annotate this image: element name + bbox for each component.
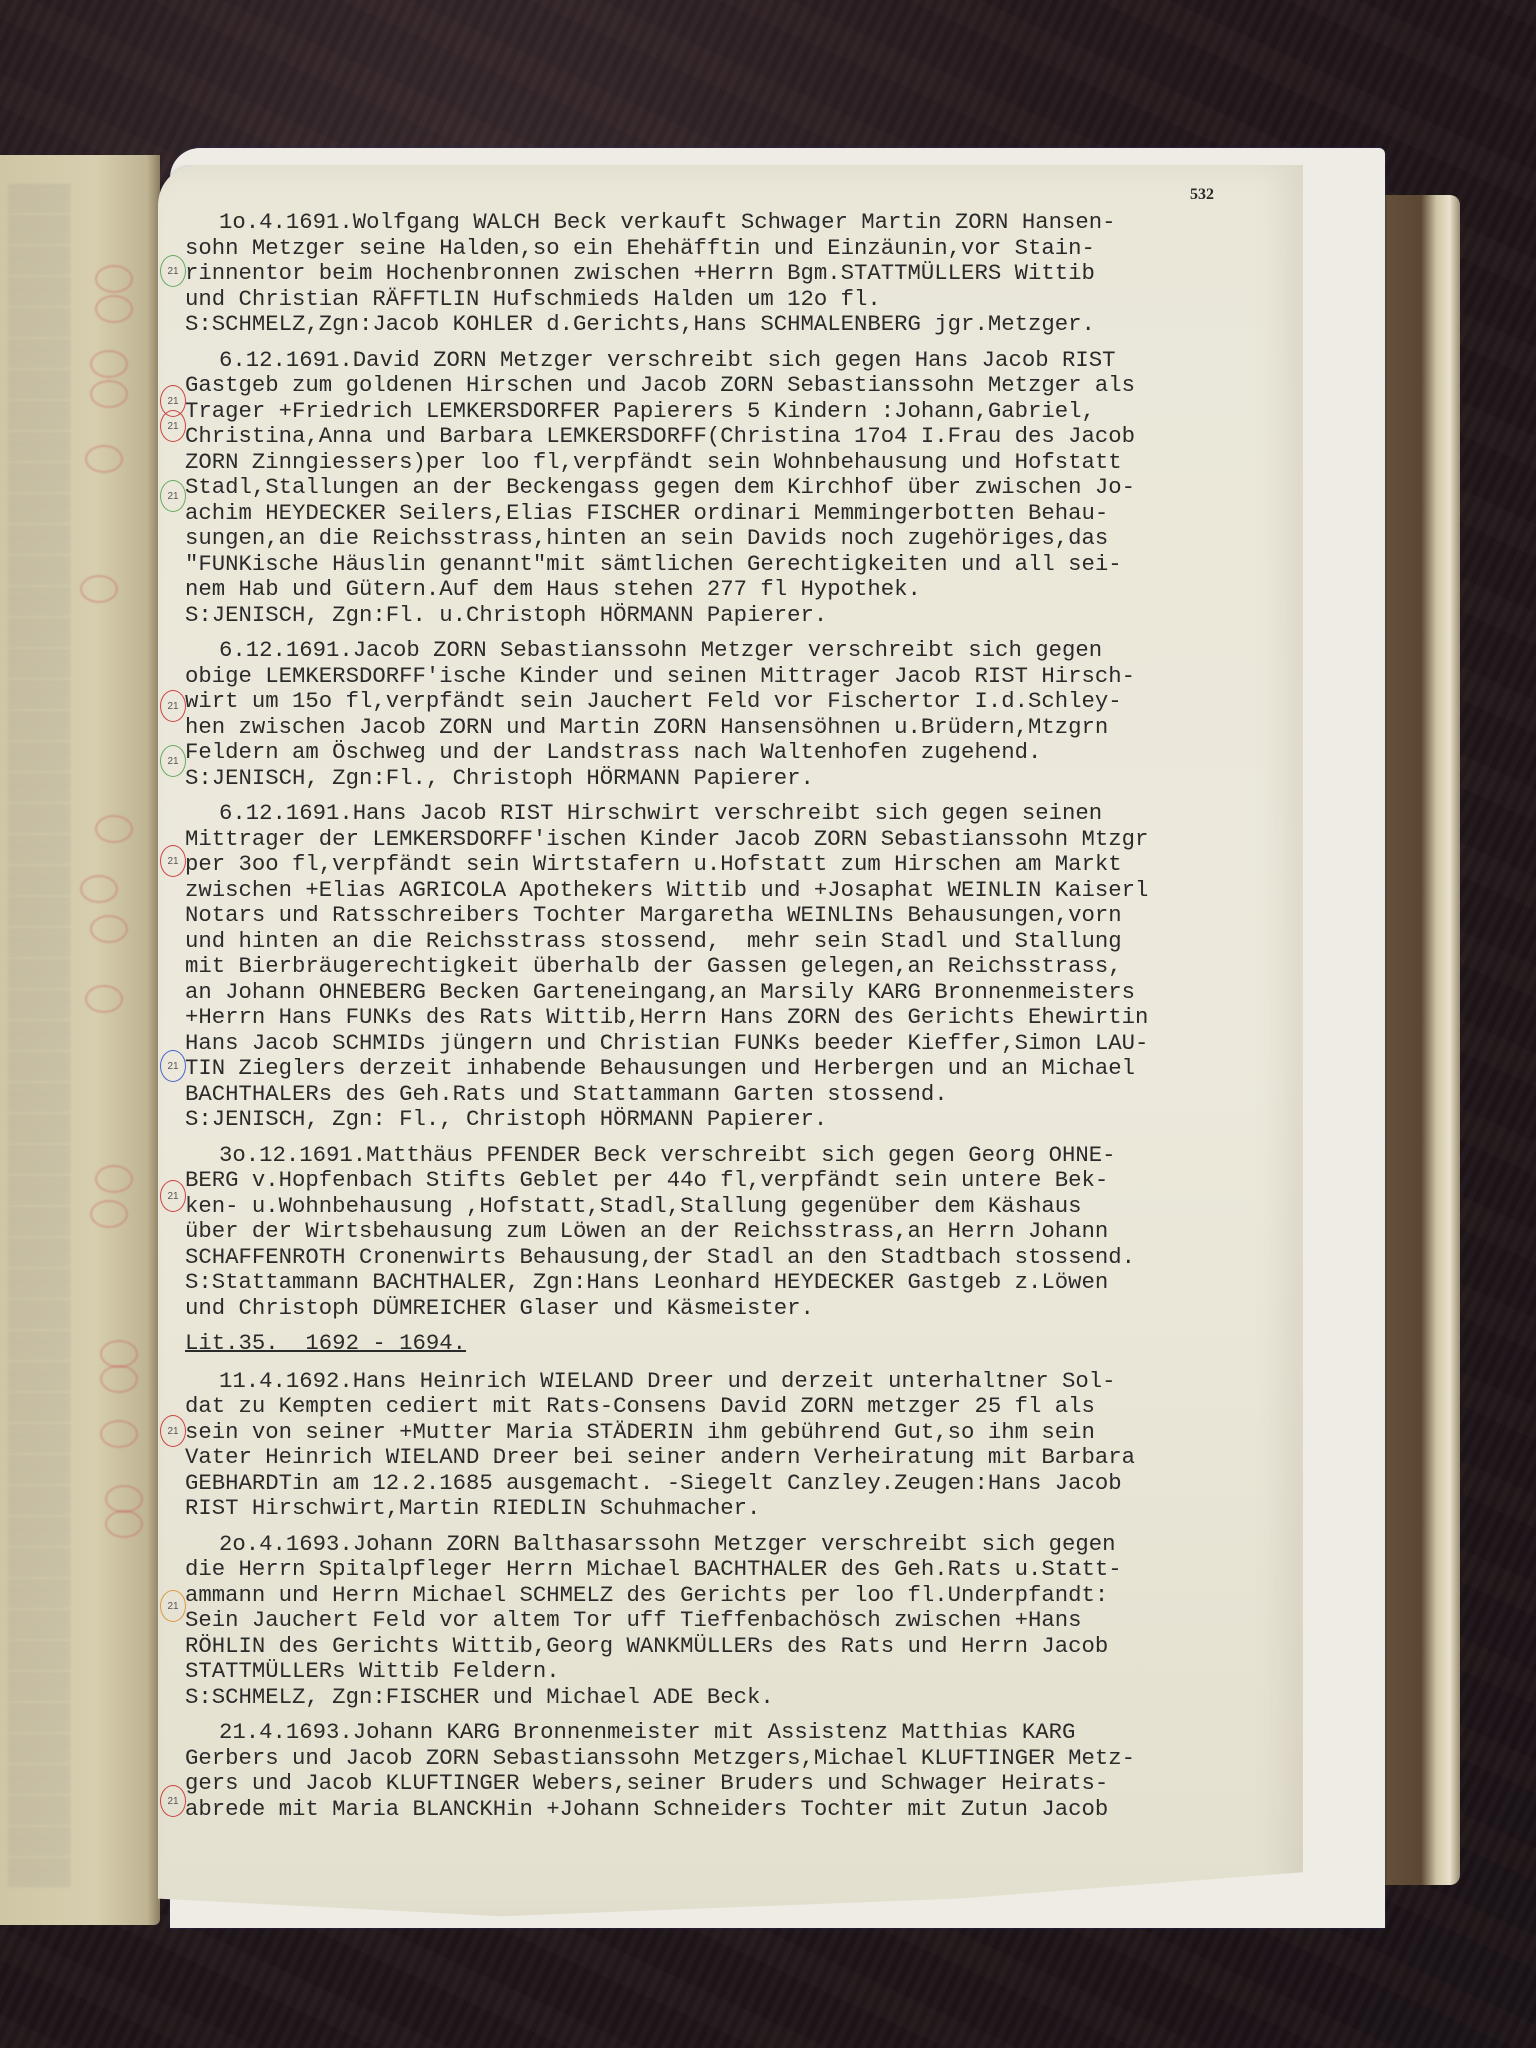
facing-page-ghost-text: ▒▒▒▒ (8, 526, 70, 554)
facing-page-ghost-text: ▒▒▒▒ (8, 1797, 70, 1825)
entry-line: Notars und Ratsschreibers Tochter Margar… (185, 903, 1305, 929)
entry-line: S:JENISCH, Zgn:Fl., Christoph HÖRMANN Pa… (185, 766, 1305, 792)
entry-line: Feldern am Öschweg und der Landstrass na… (185, 740, 1305, 766)
facing-page-ghost-text: ▒▒▒▒ (8, 805, 70, 833)
deed-entry: 21.4.1693.Johann KARG Bronnenmeister mit… (185, 1720, 1305, 1822)
facing-left-page: ▒▒▒▒▒▒▒▒▒▒▒▒▒▒▒▒▒▒▒▒▒▒▒▒▒▒▒▒▒▒▒▒▒▒▒▒▒▒▒▒… (0, 155, 160, 1925)
entry-line: Christina,Anna und Barbara LEMKERSDORFF(… (185, 424, 1305, 450)
margin-circle-mark: 21 (160, 1180, 186, 1212)
margin-circle-mark: 21 (160, 845, 186, 877)
entry-line: und Christian RÄFFTLIN Hufschmieds Halde… (185, 287, 1305, 313)
entry-line: 1o.4.1691.Wolfgang WALCH Beck verkauft S… (185, 210, 1305, 236)
facing-page-margin-circle (105, 1510, 143, 1538)
section-heading: Lit.35. 1692 - 1694. (185, 1331, 1305, 1357)
entry-line: RÖHLIN des Gerichts Wittib,Georg WANKMÜL… (185, 1634, 1305, 1660)
facing-page-ghost-text: ▒▒▒▒ (8, 867, 70, 895)
entry-line: ZORN Zinngiessers)per loo fl,verpfändt s… (185, 450, 1305, 476)
entry-line: und Christoph DÜMREICHER Glaser und Käsm… (185, 1296, 1305, 1322)
facing-page-ghost-text: ▒▒▒▒ (8, 1766, 70, 1794)
facing-page-ghost-text: ▒▒▒▒ (8, 991, 70, 1019)
facing-page-margin-circle (100, 1340, 138, 1368)
facing-page-ghost-text: ▒▒▒▒ (8, 1332, 70, 1360)
entry-line: per 3oo fl,verpfändt sein Wirtstafern u.… (185, 852, 1305, 878)
facing-page-ghost-text: ▒▒▒▒ (8, 1239, 70, 1267)
margin-circle-mark: 21 (160, 1590, 186, 1622)
deed-entry: 1o.4.1691.Wolfgang WALCH Beck verkauft S… (185, 210, 1305, 338)
entry-line: +Herrn Hans FUNKs des Rats Wittib,Herrn … (185, 1005, 1305, 1031)
facing-page-margin-circle (95, 295, 133, 323)
typewritten-content: 1o.4.1691.Wolfgang WALCH Beck verkauft S… (185, 210, 1305, 1832)
entry-line: 21.4.1693.Johann KARG Bronnenmeister mit… (185, 1720, 1305, 1746)
deed-entry: 11.4.1692.Hans Heinrich WIELAND Dreer un… (185, 1369, 1305, 1522)
facing-page-ghost-text: ▒▒▒▒ (8, 1549, 70, 1577)
deed-entry: 3o.12.1691.Matthäus PFENDER Beck verschr… (185, 1143, 1305, 1322)
facing-page-margin-circle (90, 350, 128, 378)
entry-line: 11.4.1692.Hans Heinrich WIELAND Dreer un… (185, 1369, 1305, 1395)
facing-page-ghost-text: ▒▒▒▒ (8, 433, 70, 461)
entry-line: wirt um 15o fl,verpfändt sein Jauchert F… (185, 689, 1305, 715)
entry-line: Sein Jauchert Feld vor altem Tor uff Tie… (185, 1608, 1305, 1634)
entry-line: sein von seiner +Mutter Maria STÄDERIN i… (185, 1420, 1305, 1446)
facing-page-ghost-text: ▒▒▒▒ (8, 1828, 70, 1856)
entry-line: zwischen +Elias AGRICOLA Apothekers Witt… (185, 878, 1305, 904)
entry-line: und hinten an die Reichsstrass stossend,… (185, 929, 1305, 955)
deed-entry: 2o.4.1693.Johann ZORN Balthasarssohn Met… (185, 1532, 1305, 1711)
facing-page-ghost-text: ▒▒▒▒ (8, 1208, 70, 1236)
entry-line: die Herrn Spitalpfleger Herrn Michael BA… (185, 1557, 1305, 1583)
margin-circle-mark: 21 (160, 1415, 186, 1447)
entry-line: BERG v.Hopfenbach Stifts Geblet per 44o … (185, 1168, 1305, 1194)
entry-line: 6.12.1691.Jacob ZORN Sebastianssohn Metz… (185, 638, 1305, 664)
entry-line: S:JENISCH, Zgn:Fl. u.Christoph HÖRMANN P… (185, 603, 1305, 629)
facing-page-ghost-text: ▒▒▒▒ (8, 464, 70, 492)
entry-line: Vater Heinrich WIELAND Dreer bei seiner … (185, 1445, 1305, 1471)
entry-line: Stadl,Stallungen an der Beckengass gegen… (185, 475, 1305, 501)
facing-page-ghost-text: ▒▒▒▒ (8, 402, 70, 430)
facing-page-ghost-text: ▒▒▒▒ (8, 1177, 70, 1205)
entry-line: S:SCHMELZ,Zgn:Jacob KOHLER d.Gerichts,Ha… (185, 312, 1305, 338)
entry-line: S:Stattammann BACHTHALER, Zgn:Hans Leonh… (185, 1270, 1305, 1296)
facing-page-ghost-text: ▒▒▒▒ (8, 929, 70, 957)
facing-page-margin-circle (90, 915, 128, 943)
facing-page-ghost-text: ▒▒▒▒ (8, 1611, 70, 1639)
entry-line: BACHTHALERs des Geh.Rats und Stattammann… (185, 1082, 1305, 1108)
facing-page-ghost-text: ▒▒▒▒ (8, 1425, 70, 1453)
facing-page-ghost-text: ▒▒▒▒ (8, 309, 70, 337)
entry-line: hen zwischen Jacob ZORN und Martin ZORN … (185, 715, 1305, 741)
entry-line: obige LEMKERSDORFF'ische Kinder und sein… (185, 664, 1305, 690)
facing-page-margin-circle (95, 815, 133, 843)
entry-line: sohn Metzger seine Halden,so ein Ehehäff… (185, 236, 1305, 262)
facing-page-ghost-text: ▒▒▒▒ (8, 278, 70, 306)
entry-line: STATTMÜLLERs Wittib Feldern. (185, 1659, 1305, 1685)
facing-page-ghost-text: ▒▒▒▒ (8, 1487, 70, 1515)
entry-line: abrede mit Maria BLANCKHin +Johann Schne… (185, 1797, 1305, 1823)
margin-circle-mark: 21 (160, 255, 186, 287)
entry-line: nem Hab und Gütern.Auf dem Haus stehen 2… (185, 577, 1305, 603)
entry-line: Mittrager der LEMKERSDORFF'ischen Kinder… (185, 827, 1305, 853)
facing-page-margin-circle (90, 1200, 128, 1228)
facing-page-margin-circle (95, 265, 133, 293)
facing-page-margin-circle (90, 380, 128, 408)
facing-page-ghost-text: ▒▒▒▒ (8, 495, 70, 523)
entry-line: sungen,an die Reichsstrass,hinten an sei… (185, 526, 1305, 552)
facing-page-ghost-text: ▒▒▒▒ (8, 1394, 70, 1422)
deed-entry: 6.12.1691.Jacob ZORN Sebastianssohn Metz… (185, 638, 1305, 791)
facing-page-ghost-text: ▒▒▒▒ (8, 1642, 70, 1670)
facing-page-ghost-text: ▒▒▒▒ (8, 1270, 70, 1298)
facing-page-ghost-text: ▒▒▒▒ (8, 1704, 70, 1732)
margin-circle-mark: 21 (160, 690, 186, 722)
entry-line: TIN Zieglers derzeit inhabende Behausung… (185, 1056, 1305, 1082)
facing-page-ghost-text: ▒▒▒▒ (8, 836, 70, 864)
facing-page-ghost-text: ▒▒▒▒ (8, 588, 70, 616)
margin-circle-mark: 21 (160, 480, 186, 512)
entry-line: gers und Jacob KLUFTINGER Webers,seiner … (185, 1771, 1305, 1797)
entry-line: dat zu Kempten cediert mit Rats-Consens … (185, 1394, 1305, 1420)
margin-circle-mark: 21 (160, 410, 186, 442)
entry-line: Gastgeb zum goldenen Hirschen und Jacob … (185, 373, 1305, 399)
page-number: 532 (1190, 186, 1214, 204)
margin-circle-mark: 21 (160, 1050, 186, 1082)
entry-line: über der Wirtsbehausung zum Löwen an der… (185, 1219, 1305, 1245)
facing-page-ghost-text: ▒▒▒▒ (8, 1518, 70, 1546)
entry-line: "FUNKische Häuslin genannt"mit sämtliche… (185, 552, 1305, 578)
facing-page-ghost-text: ▒▒▒▒ (8, 1456, 70, 1484)
entries-1691: 1o.4.1691.Wolfgang WALCH Beck verkauft S… (185, 210, 1305, 1321)
entry-line: ammann und Herrn Michael SCHMELZ des Ger… (185, 1583, 1305, 1609)
facing-page-ghost-text: ▒▒▒▒ (8, 681, 70, 709)
deed-entry: 6.12.1691.David ZORN Metzger verschreibt… (185, 348, 1305, 629)
facing-page-ghost-text: ▒▒▒▒ (8, 1084, 70, 1112)
entry-line: Hans Jacob SCHMIDs jüngern und Christian… (185, 1031, 1305, 1057)
deed-entry: 6.12.1691.Hans Jacob RIST Hirschwirt ver… (185, 801, 1305, 1133)
facing-page-ghost-text: ▒▒▒▒ (8, 216, 70, 244)
facing-page-ghost-text: ▒▒▒▒ (8, 774, 70, 802)
entry-line: RIST Hirschwirt,Martin RIEDLIN Schuhmach… (185, 1496, 1305, 1522)
facing-page-margin-circle (100, 1420, 138, 1448)
entry-line: achim HEYDECKER Seilers,Elias FISCHER or… (185, 501, 1305, 527)
facing-page-ghost-text: ▒▒▒▒ (8, 185, 70, 213)
facing-page-ghost-text: ▒▒▒▒ (8, 1301, 70, 1329)
entry-line: 6.12.1691.David ZORN Metzger verschreibt… (185, 348, 1305, 374)
margin-circle-mark: 21 (160, 745, 186, 777)
entry-line: 6.12.1691.Hans Jacob RIST Hirschwirt ver… (185, 801, 1305, 827)
facing-page-ghost-text: ▒▒▒▒ (8, 1146, 70, 1174)
entry-line: 2o.4.1693.Johann ZORN Balthasarssohn Met… (185, 1532, 1305, 1558)
facing-page-ghost-text: ▒▒▒▒ (8, 898, 70, 926)
entry-line: Trager +Friedrich LEMKERSDORFER Papierer… (185, 399, 1305, 425)
facing-page-ghost-text: ▒▒▒▒ (8, 247, 70, 275)
facing-page-margin-circle (80, 875, 118, 903)
entry-line: S:SCHMELZ, Zgn:FISCHER und Michael ADE B… (185, 1685, 1305, 1711)
facing-page-margin-circle (85, 985, 123, 1013)
facing-page-ghost-text: ▒▒▒▒ (8, 371, 70, 399)
facing-page-ghost-text: ▒▒▒▒ (8, 557, 70, 585)
entry-line: 3o.12.1691.Matthäus PFENDER Beck verschr… (185, 1143, 1305, 1169)
facing-page-ghost-text: ▒▒▒▒ (8, 1735, 70, 1763)
facing-page-ghost-text: ▒▒▒▒ (8, 960, 70, 988)
entry-line: an Johann OHNEBERG Becken Garteneingang,… (185, 980, 1305, 1006)
facing-page-ghost-text: ▒▒▒▒ (8, 1673, 70, 1701)
facing-page-ghost-text: ▒▒▒▒ (8, 619, 70, 647)
facing-page-ghost-text: ▒▒▒▒ (8, 1363, 70, 1391)
facing-page-ghost-text: ▒▒▒▒ (8, 650, 70, 678)
facing-page-margin-circle (80, 575, 118, 603)
facing-page-margin-circle (85, 445, 123, 473)
entry-line: mit Bierbräugerechtigkeit überhalb der G… (185, 954, 1305, 980)
facing-page-ghost-text: ▒▒▒▒ (8, 1053, 70, 1081)
facing-page-margin-circle (105, 1485, 143, 1513)
entries-1692-1694: 11.4.1692.Hans Heinrich WIELAND Dreer un… (185, 1369, 1305, 1823)
entry-line: Gerbers und Jacob ZORN Sebastianssohn Me… (185, 1746, 1305, 1772)
entry-line: SCHAFFENROTH Cronenwirts Behausung,der S… (185, 1245, 1305, 1271)
facing-page-ghost-text: ▒▒▒▒ (8, 1859, 70, 1887)
entry-line: ken- u.Wohnbehausung ,Hofstatt,Stadl,Sta… (185, 1194, 1305, 1220)
margin-circle-mark: 21 (160, 1785, 186, 1817)
entry-line: GEBHARDTin am 12.2.1685 ausgemacht. -Sie… (185, 1471, 1305, 1497)
entry-line: S:JENISCH, Zgn: Fl., Christoph HÖRMANN P… (185, 1107, 1305, 1133)
facing-page-ghost-text: ▒▒▒▒ (8, 712, 70, 740)
facing-page-ghost-text: ▒▒▒▒ (8, 340, 70, 368)
facing-page-ghost-text: ▒▒▒▒ (8, 743, 70, 771)
facing-page-margin-circle (100, 1365, 138, 1393)
entry-line: rinnentor beim Hochenbronnen zwischen +H… (185, 261, 1305, 287)
facing-page-margin-circle (95, 1165, 133, 1193)
facing-page-ghost-text: ▒▒▒▒ (8, 1115, 70, 1143)
facing-page-ghost-text: ▒▒▒▒ (8, 1022, 70, 1050)
facing-page-ghost-text: ▒▒▒▒ (8, 1580, 70, 1608)
